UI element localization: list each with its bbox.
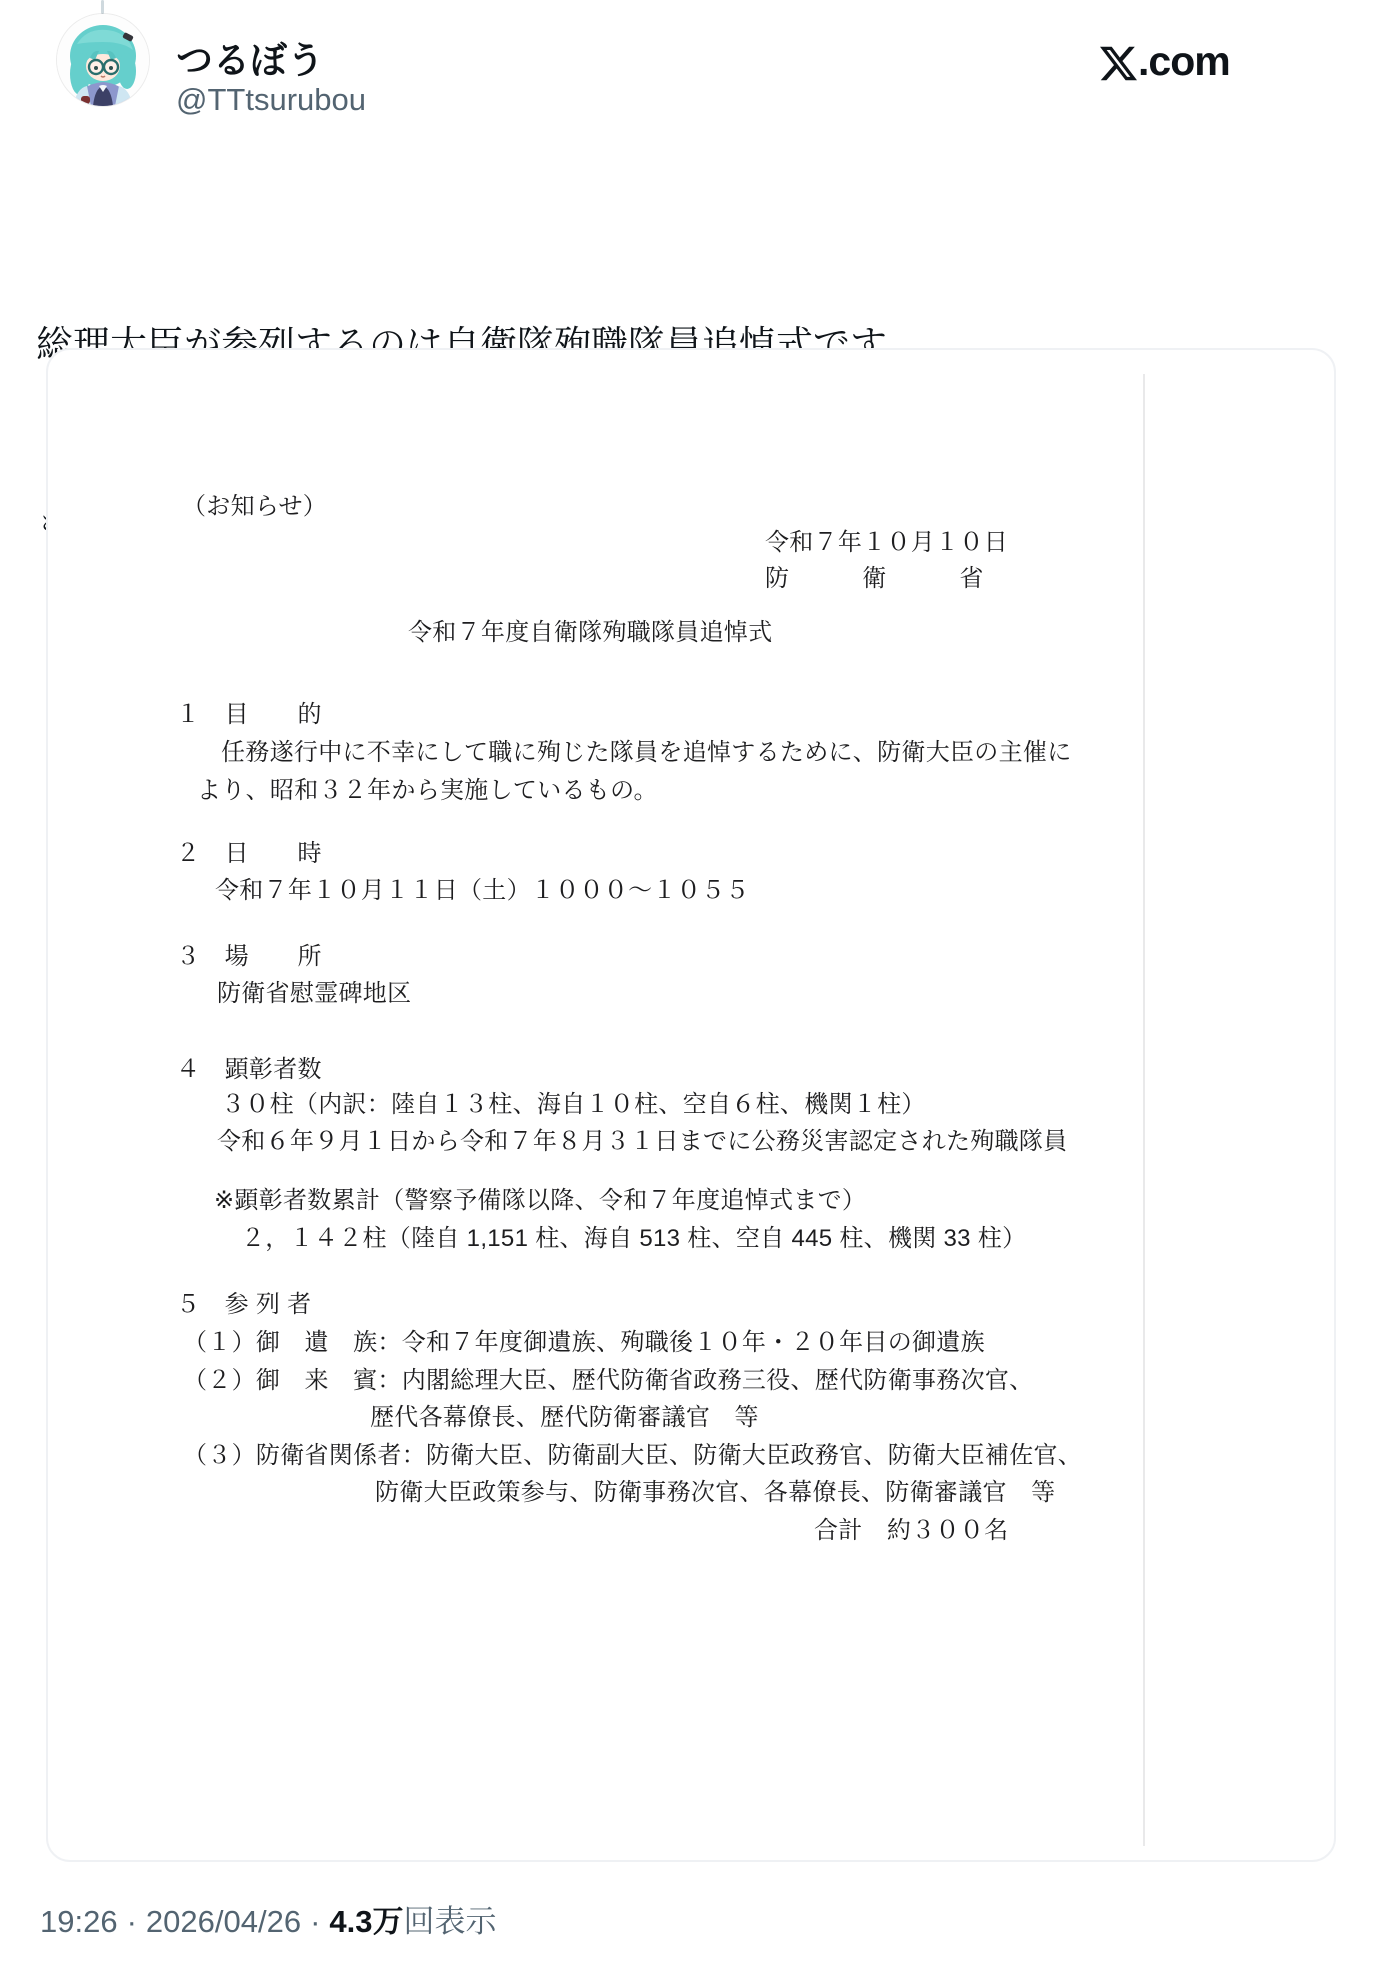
doc-section5-item3: （３）防衛省関係者：防衛大臣、防衛副大臣、防衛大臣政務官、防衛大臣補佐官、 xyxy=(183,1435,1082,1470)
thread-line xyxy=(101,0,104,14)
doc-section1-heading: １ 目 的 xyxy=(176,694,322,729)
doc-section5-item1: （１）御 遺 族：令和７年度御遺族、殉職後１０年・２０年目の御遺族 xyxy=(183,1322,985,1357)
doc-total: 合計 約３００名 xyxy=(814,1510,1008,1545)
doc-section5-item2-cont: 歴代各幕僚長、歴代防衛審議官 等 xyxy=(370,1397,759,1432)
doc-section3-body: 防衛省慰霊碑地区 xyxy=(217,973,411,1008)
x-watermark: .com xyxy=(1100,38,1230,85)
avatar-illustration xyxy=(57,14,149,106)
x-logo-icon xyxy=(1100,45,1137,82)
doc-section1-body1: 任務遂行中に不幸にして職に殉じた隊員を追悼するために、防衛大臣の主催に xyxy=(221,732,1072,767)
doc-section3-heading: ３ 場 所 xyxy=(176,936,322,971)
tweet-time: 19:26 xyxy=(40,1904,118,1940)
doc-section2-body: 令和７年１０月１１日（土）１０００～１０５５ xyxy=(215,870,750,905)
display-name[interactable]: つるぼう xyxy=(176,30,324,84)
tweet-date: 2026/04/26 xyxy=(146,1904,301,1940)
doc-title: 令和７年度自衛隊殉職隊員追悼式 xyxy=(408,612,773,647)
doc-line-notice: （お知らせ） xyxy=(182,486,327,521)
doc-line-date: 令和７年１０月１０日 xyxy=(765,522,1008,557)
views-label: 回表示 xyxy=(404,1896,497,1941)
footer-separator-2: · xyxy=(310,1904,320,1940)
tweet-footer: 19:26 · 2026/04/26 · 4.3万 回表示 xyxy=(40,1896,497,1941)
doc-section4-body1: ３０柱（内訳：陸自１３柱、海自１０柱、空自６柱、機関１柱） xyxy=(221,1084,926,1119)
doc-section5-item2: （２）御 来 賓：内閣総理大臣、歴代防衛省政務三役、歴代防衛事務次官、 xyxy=(183,1360,1034,1395)
footer-separator-1: · xyxy=(127,1904,137,1940)
tweet-media-document-image[interactable]: （お知らせ） 令和７年１０月１０日 防 衛 省 令和７年度自衛隊殉職隊員追悼式 … xyxy=(46,348,1336,1862)
user-handle[interactable]: @TTtsurubou xyxy=(176,82,366,118)
doc-section2-heading: ２ 日 時 xyxy=(176,833,322,868)
doc-section1-body2: より、昭和３２年から実施しているもの。 xyxy=(197,770,658,805)
doc-section4-note: ※顕彰者数累計（警察予備隊以降、令和７年度追悼式まで） xyxy=(214,1180,866,1215)
doc-section4-heading: ４ 顕彰者数 xyxy=(176,1049,322,1084)
doc-line-ministry: 防 衛 省 xyxy=(765,558,984,593)
tweet-timestamp[interactable]: 19:26 · 2026/04/26 xyxy=(40,1904,301,1940)
doc-section5-heading: ５ 参 列 者 xyxy=(176,1284,311,1319)
avatar[interactable] xyxy=(57,14,149,106)
x-watermark-suffix: .com xyxy=(1138,38,1230,85)
views-count: 4.3万 xyxy=(329,1896,403,1941)
scanned-page-edge xyxy=(1143,374,1145,1846)
doc-section5-item3-cont: 防衛大臣政策参与、防衛事務次官、各幕僚長、防衛審議官 等 xyxy=(375,1472,1055,1507)
doc-section4-body2: 令和６年９月１日から令和７年８月３１日までに公務災害認定された殉職隊員 xyxy=(217,1121,1068,1156)
doc-section4-cumulative: ２，１４２柱（陸自 1,151 柱、海自 513 柱、空自 445 柱、機関 3… xyxy=(241,1218,1026,1253)
